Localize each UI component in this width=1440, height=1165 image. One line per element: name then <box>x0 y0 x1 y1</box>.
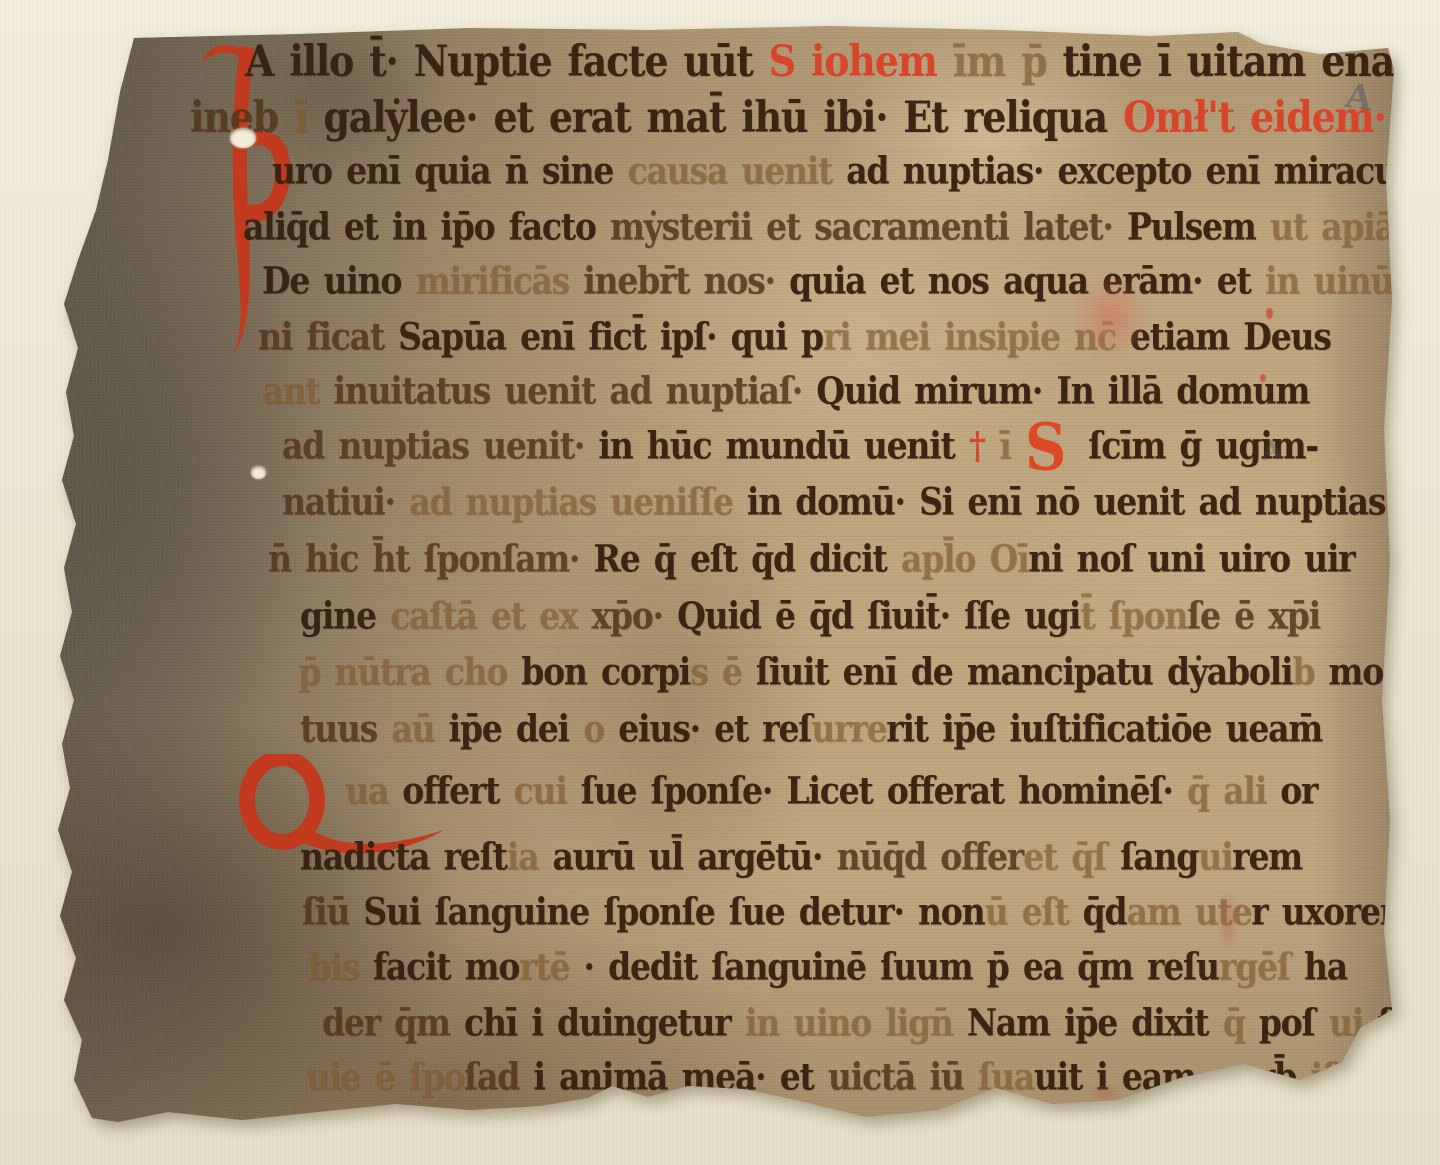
body-text-segment: tuus <box>300 707 391 751</box>
pencil-letter-a: A <box>1344 76 1381 116</box>
body-text-segment: nadicta reſt <box>300 835 507 879</box>
parchment-leaf: A illo t̄· Nuptie facte uūt S iohem īm p… <box>36 24 1396 1128</box>
text-line-10: n̄ hic h̄t ſponſam· Re q̄ eſt q̄d dicit … <box>268 540 1355 577</box>
body-text-segment: galẏlee· et erat mat̄ ihū ibi· Et reliqu… <box>323 92 1123 142</box>
body-text-segment: t̄ ſpon <box>1080 594 1187 638</box>
body-text-segment: s ē <box>690 650 756 694</box>
body-text-segment: ant <box>262 369 333 413</box>
worm-hole <box>251 466 266 479</box>
body-text-segment: in uino lign̄ <box>745 1001 967 1045</box>
body-text-segment: q̄ <box>1223 1001 1259 1045</box>
text-line-8: ad nuptias uenit· in hūc mundū uenit † ī… <box>282 427 1318 467</box>
text-line-18: der q̄m chī i duingetur in uino lign̄ Na… <box>322 1004 1404 1041</box>
body-text-segment: chī i duingetur <box>464 1001 745 1045</box>
body-text-segment: rit ip̄e iuſtificatiōe ueam̄ <box>886 707 1322 751</box>
body-text-segment: Quid mirum· In illā domum <box>816 369 1309 413</box>
body-text-segment: Quid ē q̄d ſiuit̄· ſſe ugi <box>677 594 1080 638</box>
body-text-segment: in uinū <box>1265 259 1393 303</box>
body-text-segment: o <box>583 707 618 751</box>
body-text-segment: ſiuit enī de mancipatu dẏaboli <box>756 650 1292 694</box>
body-text-segment: aū <box>391 707 448 751</box>
body-text-segment: nūq̄d offer <box>837 835 1023 879</box>
body-text-segment: ia <box>507 835 553 879</box>
body-text-segment: ni noſ uni uiro uir <box>1028 537 1354 581</box>
body-text-segment: bon corpi <box>521 650 690 694</box>
body-text-segment: ī <box>294 92 323 142</box>
body-text-segment: De uino <box>262 259 416 303</box>
body-text-segment: ſt <box>1377 1001 1404 1045</box>
rubric-text: S <box>1025 409 1088 485</box>
body-text-segment: inuitatus uenit ad nuptiaſ· <box>333 369 816 413</box>
body-text-segment: i animā meā· et <box>533 1055 828 1099</box>
text-line-12: p̄ nūtra cho bon corpis ē ſiuit enī de m… <box>298 653 1399 690</box>
body-text-segment: rtē <box>519 945 583 989</box>
body-text-segment: ui <box>1329 1001 1377 1045</box>
body-text-segment: tine ī uitam ēnam· <box>1062 36 1440 86</box>
text-line-1: A illo t̄· Nuptie facte uūt S iohem īm p… <box>245 40 1440 83</box>
body-text-segment: ſua <box>978 1055 1034 1099</box>
body-text-segment: ū eſt <box>984 890 1082 934</box>
text-line-15: nadicta reſtia aurū ul̄ argētū· nūq̄d of… <box>300 838 1302 875</box>
text-line-11: gine caſtā et ex xp̄o· Quid ē q̄d ſiuit̄… <box>300 597 1320 634</box>
body-text-segment: aurū ul̄ argētū· <box>552 835 836 879</box>
text-line-16: ſiū Sui ſanguine ſponſe ſue detur· nonū … <box>302 893 1413 930</box>
body-text-segment: uro enī quia n̄ sine <box>272 149 627 193</box>
body-text-segment: ſiū <box>302 890 363 934</box>
body-text-segment: r uxorem <box>1251 890 1413 934</box>
body-text-segment: b <box>1292 650 1328 694</box>
body-text-segment: urre <box>811 707 886 751</box>
text-line-9: natiui· ad nuptias ueniſſe in domū· Si e… <box>282 483 1396 520</box>
pencil-letter-a: A <box>1261 435 1288 465</box>
rubric-text: † <box>969 424 999 468</box>
text-line-14: ua offert cui ſue ſponſe· Licet offerat … <box>345 772 1317 809</box>
body-text-segment: bis <box>308 945 373 989</box>
body-text-segment: ha <box>1304 945 1347 989</box>
text-line-7: ant inuitatus uenit ad nuptiaſ· Quid mir… <box>262 372 1309 409</box>
body-text-segment: uie ē ſpo <box>306 1055 464 1099</box>
body-text-segment: or <box>1280 769 1317 813</box>
body-text-segment: uictā iū <box>828 1055 978 1099</box>
body-text-segment: facit mo <box>373 945 519 989</box>
body-text-segment: A illo t̄· Nuptie facte uūt <box>245 36 769 86</box>
body-text-segment: q̄d <box>1083 890 1127 934</box>
body-text-segment: Sui ſanguine ſponſe ſue detur· non <box>363 890 984 934</box>
body-text-segment: ſad <box>464 1055 533 1099</box>
body-text-segment: eius· et reſ <box>618 707 811 751</box>
text-line-19: uie ē ſpoſad i animā meā· et uictā iū ſu… <box>306 1058 1391 1095</box>
red-dot <box>1266 308 1273 319</box>
body-text-segment: mirificās <box>416 259 584 303</box>
body-text-segment: ſe ē xp̄i <box>1187 594 1320 638</box>
body-text-segment: inebr̄t nos· <box>583 259 789 303</box>
body-text-segment: ui <box>1198 835 1232 879</box>
body-text-segment: ip̄e dei <box>449 707 584 751</box>
body-text-segment: iſ <box>1310 1055 1349 1099</box>
body-text-segment: Re q̄ eſt q̄d dicit <box>593 537 900 581</box>
body-text-segment: xp̄o· <box>591 594 677 638</box>
red-dot <box>1260 374 1266 382</box>
body-text-segment: aliq̄d et in ip̄o facto <box>243 205 610 249</box>
body-text-segment: in domū· Si enī nō uenit ad nuptias· <box>747 480 1396 524</box>
body-text-segment: rgēſ <box>1219 945 1304 989</box>
manuscript-photo: A illo t̄· Nuptie facte uūt S iohem īm p… <box>0 0 1440 1165</box>
worm-hole <box>230 128 256 148</box>
body-text-segment: ad nuptias ueniſſe <box>409 480 747 524</box>
rubric-text: S iohem <box>769 36 953 86</box>
pink-ink-stain <box>1072 274 1150 360</box>
body-text-segment: n̄ hic h̄t ſponſam· <box>268 537 593 581</box>
body-text-segment: Sapūa enī fict̄ ipſ· qui p <box>398 315 823 359</box>
body-text-segment: īm p̄ <box>953 36 1063 86</box>
body-text-segment: ſang <box>1120 835 1198 879</box>
body-text-segment: ut apiā <box>1270 205 1395 249</box>
body-text-segment: quia et nos aqua erām· et <box>789 259 1265 303</box>
body-text-segment: mẏsterii et sacramenti latet· <box>610 205 1127 249</box>
text-line-3: uro enī quia n̄ sine causa uenit ad nupt… <box>272 152 1429 189</box>
body-text-segment: gine <box>300 594 390 638</box>
body-text-segment: causa uenit <box>627 149 846 193</box>
body-text-segment: mor <box>1329 650 1400 694</box>
body-text-segment: cui <box>513 769 580 813</box>
body-text-segment: q̄ ali <box>1187 769 1280 813</box>
body-text-segment: etiam Deus <box>1130 315 1331 359</box>
body-text-segment: rem <box>1232 835 1302 879</box>
body-text-segment: apl̄o Oī <box>901 537 1028 581</box>
red-pigment-mark <box>1088 1084 1120 1102</box>
body-text-segment: ni ficat <box>258 315 398 359</box>
body-text-segment: ī <box>999 424 1025 468</box>
text-line-5: De uino mirificās inebr̄t nos· quia et n… <box>262 262 1393 299</box>
body-text-segment: ua <box>345 769 402 813</box>
red-pigment-streak <box>1218 892 1238 950</box>
body-text-segment: der q̄m <box>322 1001 464 1045</box>
body-text-segment: · dedit ſanguinē ſuum p̄ ea q̄m reſu <box>584 945 1219 989</box>
body-text-segment: et q̄ſ <box>1023 835 1120 879</box>
text-line-13: tuus aū ip̄e dei o eius· et reſurrerit i… <box>300 710 1322 747</box>
body-text-segment: in hūc mundū uenit <box>598 424 969 468</box>
body-text-segment: uit i eam· verb̄ <box>1034 1055 1310 1099</box>
text-line-6: ni ficat Sapūa enī fict̄ ipſ· qui pri me… <box>258 318 1331 355</box>
body-text-segment: natiui· <box>282 480 409 524</box>
body-text-segment: ad nuptias· excepto enī miraculo <box>846 149 1429 193</box>
text-line-4: aliq̄d et in ip̄o facto mẏsterii et sacr… <box>243 208 1395 245</box>
text-layer: A illo t̄· Nuptie facte uūt S iohem īm p… <box>36 24 1396 1128</box>
body-text-segment: Pulsem <box>1127 205 1270 249</box>
body-text-segment: poſ <box>1259 1001 1329 1045</box>
text-line-17: bis facit mortē · dedit ſanguinē ſuum p̄… <box>308 948 1347 985</box>
body-text-segment: Nam ip̄e dixit <box>967 1001 1223 1045</box>
body-text-segment: caſtā et ex <box>390 594 591 638</box>
text-line-2: ineb ī galẏlee· et erat mat̄ ihū ibi· Et… <box>190 96 1386 139</box>
body-text-segment: cu <box>1349 1055 1391 1099</box>
body-text-segment: offert <box>402 769 513 813</box>
body-text-segment: ad nuptias uenit· <box>282 424 598 468</box>
body-text-segment: p̄ nūtra cho <box>298 650 521 694</box>
body-text-segment: ſue ſponſe· Licet offerat hominēſ· <box>581 769 1187 813</box>
